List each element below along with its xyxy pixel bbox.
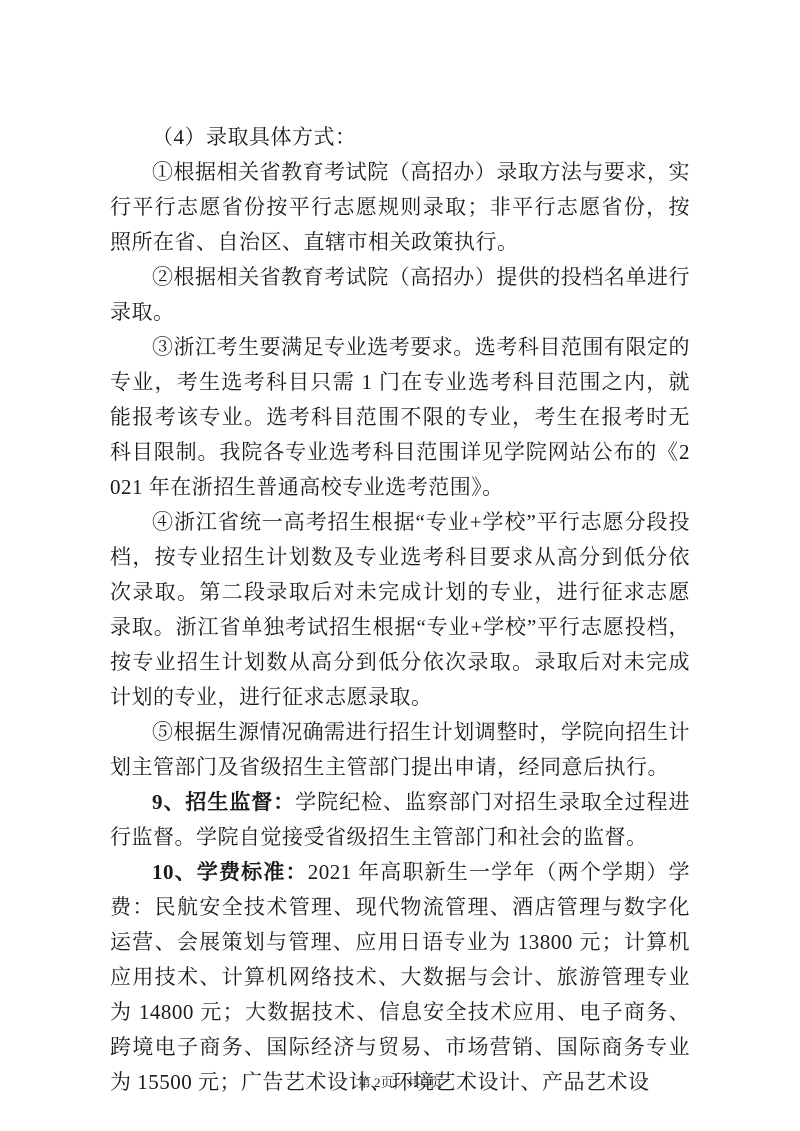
paragraph-tuition: 10、学费标准：2021 年高职新生一学年（两个学期）学费：民航安全技术管理、现… <box>110 855 690 1100</box>
paragraph-text: ①根据相关省教育考试院（高招办）录取方法与要求，实行平行志愿省份按平行志愿规则录… <box>110 160 690 254</box>
paragraph-bold-lead: 10、学费标准： <box>152 860 308 884</box>
paragraph-admission-method-title: （4）录取具体方式： <box>110 120 690 155</box>
document-page: （4）录取具体方式： ①根据相关省教育考试院（高招办）录取方法与要求，实行平行志… <box>0 0 800 1131</box>
paragraph-supervision: 9、招生监督：学院纪检、监察部门对招生录取全过程进行监督。学院自觉接受省级招生主… <box>110 785 690 855</box>
page-footer: 第 2页，共 3页 <box>0 1072 800 1091</box>
paragraph-text: ④浙江省统一高考招生根据“专业+学校”平行志愿分段投档，按专业招生计划数及专业选… <box>110 510 690 709</box>
document-body: （4）录取具体方式： ①根据相关省教育考试院（高招办）录取方法与要求，实行平行志… <box>110 120 690 1100</box>
page-number-label: 第 2页，共 3页 <box>358 1075 443 1090</box>
paragraph-item-3: ③浙江考生要满足专业选考要求。选考科目范围有限定的专业，考生选考科目只需 1 门… <box>110 330 690 505</box>
paragraph-item-4: ④浙江省统一高考招生根据“专业+学校”平行志愿分段投档，按专业招生计划数及专业选… <box>110 505 690 715</box>
paragraph-text: 2021 年高职新生一学年（两个学期）学费：民航安全技术管理、现代物流管理、酒店… <box>110 860 690 1094</box>
paragraph-item-2: ②根据相关省教育考试院（高招办）提供的投档名单进行录取。 <box>110 260 690 330</box>
paragraph-text: （4）录取具体方式： <box>152 125 357 149</box>
paragraph-item-5: ⑤根据生源情况确需进行招生计划调整时，学院向招生计划主管部门及省级招生主管部门提… <box>110 715 690 785</box>
paragraph-text: ⑤根据生源情况确需进行招生计划调整时，学院向招生计划主管部门及省级招生主管部门提… <box>110 720 690 779</box>
paragraph-text: ③浙江考生要满足专业选考要求。选考科目范围有限定的专业，考生选考科目只需 1 门… <box>110 335 690 499</box>
paragraph-text: ②根据相关省教育考试院（高招办）提供的投档名单进行录取。 <box>110 265 690 324</box>
paragraph-item-1: ①根据相关省教育考试院（高招办）录取方法与要求，实行平行志愿省份按平行志愿规则录… <box>110 155 690 260</box>
paragraph-bold-lead: 9、招生监督： <box>152 790 295 814</box>
